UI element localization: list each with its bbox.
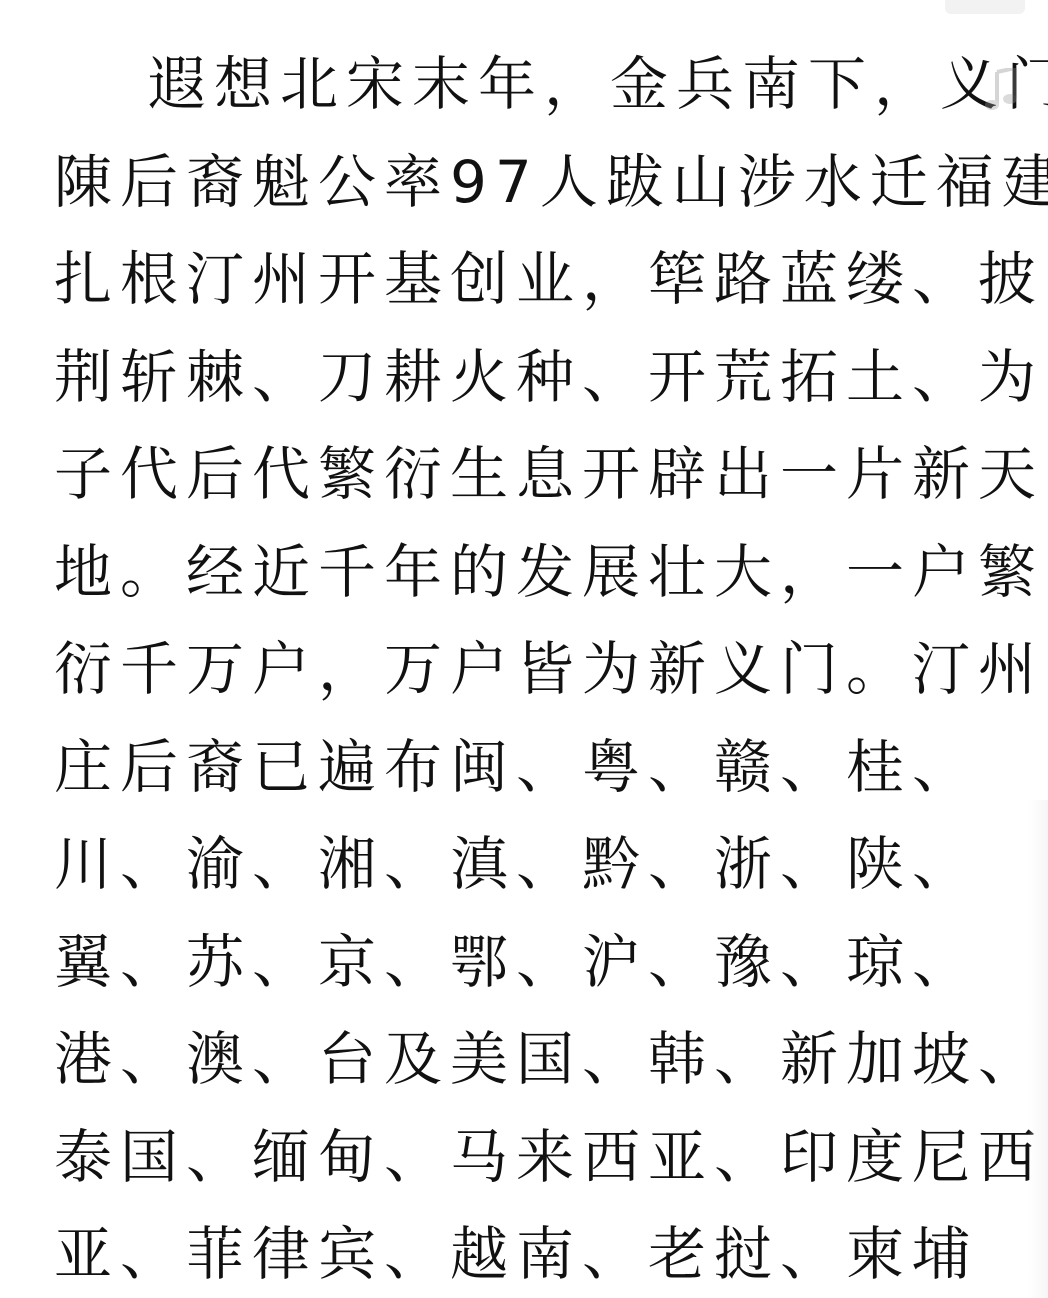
text-line: 庄后裔已遍布闽、粤、赣、桂、 xyxy=(54,719,1044,817)
text-line: 川、渝、湘、滇、黔、浙、陕、 xyxy=(54,816,1044,914)
text-line: 翼、苏、京、鄂、沪、豫、琼、 xyxy=(54,914,1044,1012)
text-line: 遐想北宋末年，金兵南下，义门 xyxy=(54,36,1044,134)
text-line: 地。经近千年的发展壮大，一户繁 xyxy=(54,524,1044,622)
text-line: 衍千万户，万户皆为新义门。汀州 xyxy=(54,621,1044,719)
text-line: 子代后代繁衍生息开辟出一片新天 xyxy=(54,426,1044,524)
right-edge-shadow xyxy=(1028,800,1048,1298)
text-line: 扎根汀州开基创业，筚路蓝缕、披 xyxy=(54,231,1044,329)
document-page: 遐想北宋末年，金兵南下，义门 陳后裔魁公率97人跋山涉水迁福建 扎根汀州开基创业… xyxy=(0,0,1048,1298)
top-overlay-strip xyxy=(945,0,1025,14)
text-line: 荆斩棘、刀耕火种、开荒拓土、为 xyxy=(54,329,1044,427)
body-paragraph: 遐想北宋末年，金兵南下，义门 陳后裔魁公率97人跋山涉水迁福建 扎根汀州开基创业… xyxy=(54,36,1044,1298)
text-line: 泰国、缅甸、马来西亚、印度尼西 xyxy=(54,1109,1044,1207)
text-line: 陳后裔魁公率97人跋山涉水迁福建 xyxy=(54,134,1044,232)
text-line: 港、澳、台及美国、韩、新加坡、 xyxy=(54,1011,1044,1109)
music-note-icon[interactable] xyxy=(985,68,1019,112)
text-line: 亚、菲律宾、越南、老挝、柬埔 xyxy=(54,1206,1044,1298)
